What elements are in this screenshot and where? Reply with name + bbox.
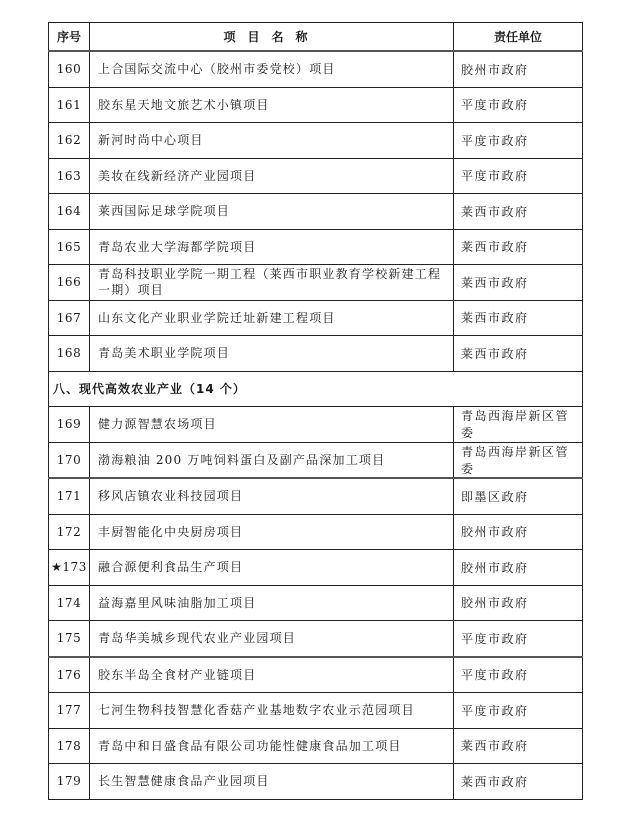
responsible-unit: 平度市政府	[454, 158, 583, 194]
table-row: 172 丰厨智能化中央厨房项目 胶州市政府	[49, 514, 583, 550]
header-responsible-unit: 责任单位	[454, 23, 583, 52]
project-name: 山东文化产业职业学院迁址新建工程项目	[90, 300, 454, 336]
responsible-unit: 平度市政府	[454, 123, 583, 159]
responsible-unit: 胶州市政府	[454, 514, 583, 550]
responsible-unit: 青岛西海岸新区管委	[454, 407, 583, 443]
responsible-unit: 莱西市政府	[454, 194, 583, 230]
table-row: 176 胶东半岛全食材产业链项目 平度市政府	[49, 657, 583, 693]
star-icon: ★	[51, 560, 62, 574]
project-name: 七河生物科技智慧化香菇产业基地数字农业示范园项目	[90, 693, 454, 729]
project-name: 新河时尚中心项目	[90, 123, 454, 159]
project-name: 丰厨智能化中央厨房项目	[90, 514, 454, 550]
responsible-unit: 平度市政府	[454, 87, 583, 123]
project-name: 莱西国际足球学院项目	[90, 194, 454, 230]
row-number: 173	[62, 560, 86, 574]
row-number: 179	[49, 764, 90, 800]
table-row: ★173 融合源便利食品生产项目 胶州市政府	[49, 550, 583, 586]
section-header-row: 八、现代高效农业产业（14 个）	[49, 371, 583, 407]
row-number: 166	[49, 265, 90, 301]
table-row: 164 莱西国际足球学院项目 莱西市政府	[49, 194, 583, 230]
table-row: 170 渤海粮油 200 万吨饲料蛋白及副产品深加工项目 青岛西海岸新区管委	[49, 442, 583, 478]
row-number: 177	[49, 693, 90, 729]
responsible-unit: 平度市政府	[454, 657, 583, 693]
responsible-unit: 平度市政府	[454, 621, 583, 657]
row-number: 160	[49, 51, 90, 87]
responsible-unit: 胶州市政府	[454, 51, 583, 87]
row-number: 167	[49, 300, 90, 336]
project-name: 青岛美术职业学院项目	[90, 336, 454, 372]
table-row: 163 美妆在线新经济产业园项目 平度市政府	[49, 158, 583, 194]
row-number: 171	[49, 478, 90, 514]
responsible-unit: 莱西市政府	[454, 336, 583, 372]
table-row: 160 上合国际交流中心（胶州市委党校）项目 胶州市政府	[49, 51, 583, 87]
table-row: 174 益海嘉里风味油脂加工项目 胶州市政府	[49, 585, 583, 621]
project-name: 健力源智慧农场项目	[90, 407, 454, 443]
row-number: 161	[49, 87, 90, 123]
responsible-unit: 即墨区政府	[454, 478, 583, 514]
project-name: 青岛农业大学海都学院项目	[90, 229, 454, 265]
table-row: 178 青岛中和日盛食品有限公司功能性健康食品加工项目 莱西市政府	[49, 728, 583, 764]
header-serial-number: 序号	[49, 23, 90, 52]
project-name: 青岛中和日盛食品有限公司功能性健康食品加工项目	[90, 728, 454, 764]
header-project-name: 项目名称	[90, 23, 454, 52]
responsible-unit: 莱西市政府	[454, 265, 583, 301]
responsible-unit: 平度市政府	[454, 693, 583, 729]
row-number: 168	[49, 336, 90, 372]
project-name: 胶东星天地文旅艺术小镇项目	[90, 87, 454, 123]
project-name: 长生智慧健康食品产业园项目	[90, 764, 454, 800]
responsible-unit: 莱西市政府	[454, 300, 583, 336]
document-page: 序号 项目名称 责任单位 160 上合国际交流中心（胶州市委党校）项目 胶州市政…	[48, 22, 582, 800]
row-number: 163	[49, 158, 90, 194]
table-header-row: 序号 项目名称 责任单位	[49, 23, 583, 52]
row-number: 164	[49, 194, 90, 230]
responsible-unit: 胶州市政府	[454, 550, 583, 586]
responsible-unit: 莱西市政府	[454, 764, 583, 800]
row-number: 170	[49, 442, 90, 478]
row-number: 172	[49, 514, 90, 550]
table-row: 179 长生智慧健康食品产业园项目 莱西市政府	[49, 764, 583, 800]
responsible-unit: 莱西市政府	[454, 229, 583, 265]
row-number: 178	[49, 728, 90, 764]
project-name: 胶东半岛全食材产业链项目	[90, 657, 454, 693]
table-row: 165 青岛农业大学海都学院项目 莱西市政府	[49, 229, 583, 265]
table-row: 168 青岛美术职业学院项目 莱西市政府	[49, 336, 583, 372]
project-table: 序号 项目名称 责任单位 160 上合国际交流中心（胶州市委党校）项目 胶州市政…	[48, 22, 583, 800]
project-name: 青岛科技职业学院一期工程（莱西市职业教育学校新建工程一期）项目	[90, 265, 454, 301]
project-name: 移风店镇农业科技园项目	[90, 478, 454, 514]
table-row: 161 胶东星天地文旅艺术小镇项目 平度市政府	[49, 87, 583, 123]
project-name: 融合源便利食品生产项目	[90, 550, 454, 586]
table-row: 175 青岛华美城乡现代农业产业园项目 平度市政府	[49, 621, 583, 657]
table-row: 177 七河生物科技智慧化香菇产业基地数字农业示范园项目 平度市政府	[49, 693, 583, 729]
project-name: 上合国际交流中心（胶州市委党校）项目	[90, 51, 454, 87]
table-row: 171 移风店镇农业科技园项目 即墨区政府	[49, 478, 583, 514]
project-name: 青岛华美城乡现代农业产业园项目	[90, 621, 454, 657]
table-row: 162 新河时尚中心项目 平度市政府	[49, 123, 583, 159]
row-number: 162	[49, 123, 90, 159]
responsible-unit: 莱西市政府	[454, 728, 583, 764]
table-row: 166 青岛科技职业学院一期工程（莱西市职业教育学校新建工程一期）项目 莱西市政…	[49, 265, 583, 301]
row-number: 176	[49, 657, 90, 693]
row-number: 174	[49, 585, 90, 621]
project-name: 益海嘉里风味油脂加工项目	[90, 585, 454, 621]
row-number-starred: ★173	[49, 550, 90, 586]
row-number: 165	[49, 229, 90, 265]
section-title: 八、现代高效农业产业（14 个）	[49, 371, 583, 407]
project-name: 美妆在线新经济产业园项目	[90, 158, 454, 194]
table-row: 167 山东文化产业职业学院迁址新建工程项目 莱西市政府	[49, 300, 583, 336]
row-number: 175	[49, 621, 90, 657]
row-number: 169	[49, 407, 90, 443]
responsible-unit: 青岛西海岸新区管委	[454, 442, 583, 478]
project-name: 渤海粮油 200 万吨饲料蛋白及副产品深加工项目	[90, 442, 454, 478]
table-row: 169 健力源智慧农场项目 青岛西海岸新区管委	[49, 407, 583, 443]
responsible-unit: 胶州市政府	[454, 585, 583, 621]
